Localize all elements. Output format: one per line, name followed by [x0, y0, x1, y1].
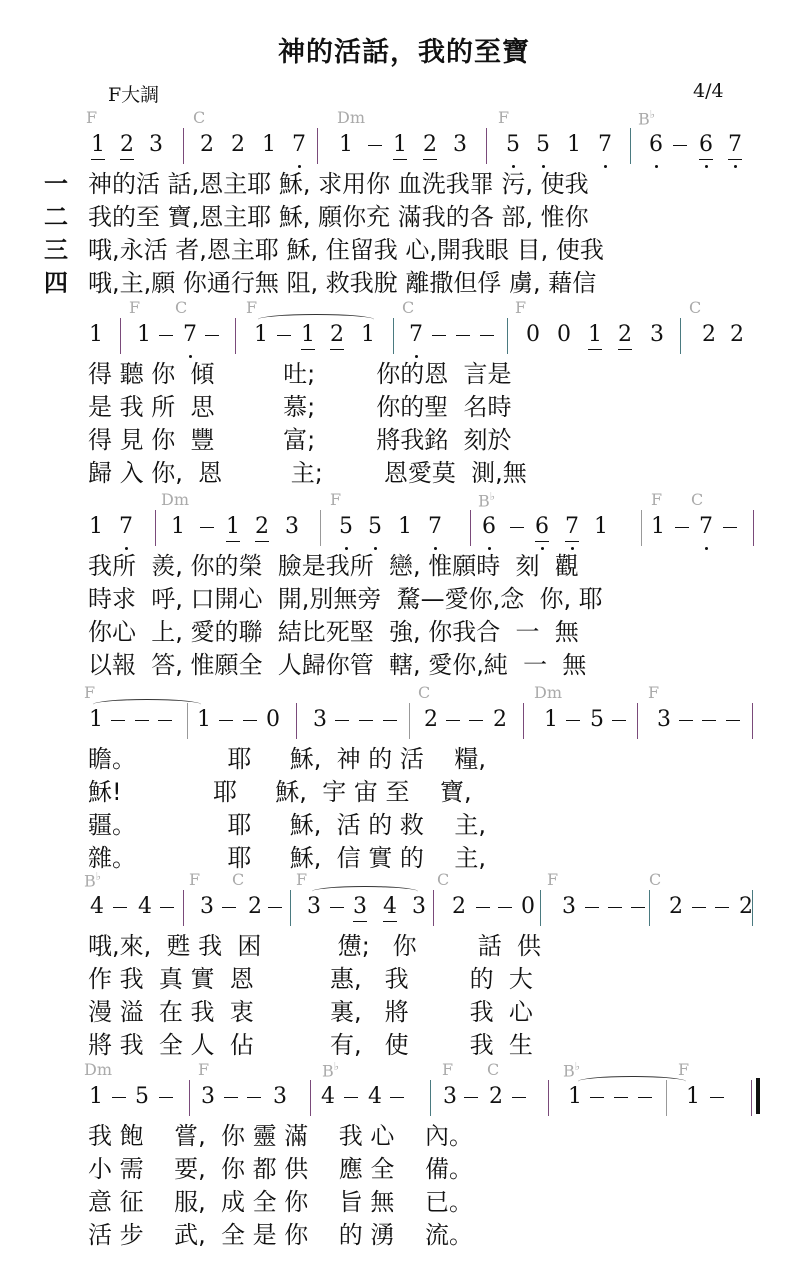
tie-slur	[93, 699, 201, 710]
hold-dash	[456, 335, 470, 336]
note: 6	[648, 132, 664, 158]
hold-dash	[383, 720, 397, 721]
note: 3	[312, 707, 328, 733]
hold-dash	[368, 145, 382, 146]
lyric-line-verse-1: 神的活 話,恩主耶 穌, 求用你 血洗我罪 污, 使我	[88, 164, 589, 199]
system-3: DmFB♭FC1711235517667117我所 羨, 你的榮 臉是我所 戀,…	[0, 490, 808, 670]
note: 1	[397, 514, 413, 540]
hold-dash	[159, 335, 173, 336]
note: 2	[247, 894, 263, 920]
hold-dash	[224, 1097, 238, 1098]
note: 1	[88, 514, 104, 540]
note: 1	[170, 514, 186, 540]
note: 3	[199, 894, 215, 920]
chord-symbol: B♭	[478, 490, 495, 510]
chord-symbol: F	[198, 1060, 209, 1079]
lyric-line-verse-2: 時求 呼, 口開心 開,別無旁 騖—愛你,念 你, 耶	[88, 579, 603, 614]
bar-line	[548, 1080, 549, 1116]
note: 5	[535, 132, 551, 158]
chord-symbol: C	[193, 108, 205, 127]
note: 1	[88, 322, 104, 348]
note: 1	[196, 707, 212, 733]
verse-number: 三	[44, 230, 68, 265]
chord-symbol: F	[498, 108, 509, 127]
chord-symbol: C	[437, 870, 449, 889]
tie-slur	[312, 886, 418, 897]
hold-dash	[277, 335, 291, 336]
hold-dash	[344, 1097, 358, 1098]
chord-symbol: F	[678, 1060, 689, 1079]
note: 3	[272, 1084, 288, 1110]
chord-symbol: F	[189, 870, 200, 889]
time-signature: 4/4	[693, 80, 724, 102]
hold-dash	[200, 527, 214, 528]
lyric-line-verse-3: 得 見 你 豐 富; 將我銘 刻於	[88, 420, 512, 455]
bar-line	[523, 703, 524, 739]
lyric-line-verse-4: 以報 答, 惟願全 人歸你管 轄, 愛你,純 一 無	[88, 645, 586, 680]
verse-number: 一	[44, 164, 68, 199]
note: 2	[668, 894, 684, 920]
chord-symbol: C	[402, 298, 414, 317]
hold-dash	[476, 907, 490, 908]
note: 0	[525, 322, 541, 348]
note: 4	[382, 894, 398, 920]
bar-line	[155, 510, 156, 546]
note: 1	[338, 132, 354, 158]
note: 1	[685, 1084, 701, 1110]
note: 1	[88, 707, 104, 733]
note: 2	[119, 132, 135, 158]
chord-symbol: Dm	[84, 1060, 112, 1079]
system-6: DmFB♭FCB♭F1533443211我 飽 嘗, 你 靈 滿 我 心 內。小…	[0, 1060, 808, 1240]
system-1: FCDmFB♭123221711235517667一神的活 話,恩主耶 穌, 求…	[0, 108, 808, 288]
bar-line	[433, 890, 434, 926]
chord-symbol: F	[84, 683, 95, 702]
chord-symbol: F	[648, 683, 659, 702]
system-2: FCFCFC117112170012322得 聽 你 傾 吐; 你的恩 言是是 …	[0, 298, 808, 478]
bar-line	[310, 1080, 311, 1116]
note: 2	[230, 132, 246, 158]
lyric-line-verse-2: 小 需 要, 你 都 供 應 全 備。	[88, 1149, 473, 1184]
lyric-line-verse-1: 得 聽 你 傾 吐; 你的恩 言是	[88, 354, 512, 389]
note: 1	[543, 707, 559, 733]
note: 4	[89, 894, 105, 920]
note: 4	[137, 894, 153, 920]
hold-dash	[510, 527, 524, 528]
lyric-line-verse-3: 哦,永活 者,恩主耶 穌, 住留我 心,開我眼 目, 使我	[88, 230, 604, 265]
lyric-line-verse-2: 穌! 耶 穌, 宇 宙 至 寶,	[88, 772, 472, 807]
lyric-line-verse-3: 疆。 耶 穌, 活 的 救 主,	[88, 805, 486, 840]
note: 7	[597, 132, 613, 158]
note: 1	[566, 132, 582, 158]
bar-line	[630, 128, 631, 164]
bar-line	[296, 703, 297, 739]
note: 6	[481, 514, 497, 540]
note: 2	[701, 322, 717, 348]
note: 2	[422, 132, 438, 158]
note: 3	[284, 514, 300, 540]
hold-dash	[359, 720, 373, 721]
hold-dash	[113, 907, 127, 908]
hold-dash	[498, 907, 512, 908]
hold-dash	[702, 720, 716, 721]
lyric-line-verse-2: 作 我 真 實 恩 惠, 我 的 大	[88, 959, 533, 994]
note: 7	[291, 132, 307, 158]
chord-symbol: B♭	[84, 870, 101, 890]
bar-line	[235, 318, 236, 354]
note: 3	[649, 322, 665, 348]
lyric-line-verse-4: 活 步 武, 全 是 你 的 湧 流。	[88, 1215, 473, 1250]
chord-symbol: F	[246, 298, 257, 317]
chord-symbol: Dm	[337, 108, 365, 127]
lyric-line-verse-3: 你心 上, 愛的聯 結比死堅 強, 你我合 一 無	[88, 612, 579, 647]
lyric-line-verse-1: 我所 羨, 你的榮 臉是我所 戀, 惟願時 刻 觀	[88, 546, 579, 581]
tie-slur	[258, 314, 374, 325]
chord-symbol: C	[418, 683, 430, 702]
lyric-line-verse-4: 哦,主,願 你通行無 阻, 救我脫 離撒但俘 虜, 藉信	[88, 263, 596, 298]
tie-slur	[578, 1076, 686, 1087]
chord-symbol: F	[547, 870, 558, 889]
hold-dash	[723, 527, 737, 528]
chord-symbol: F	[86, 108, 97, 127]
note: 1	[392, 132, 408, 158]
hold-dash	[631, 907, 645, 908]
note: 2	[199, 132, 215, 158]
chord-symbol: F	[651, 490, 662, 509]
note: 3	[411, 894, 427, 920]
song-title: 神的活話，我的至寶	[0, 30, 808, 69]
chord-symbol: C	[649, 870, 661, 889]
hold-dash	[608, 907, 622, 908]
note: 3	[306, 894, 322, 920]
note: 7	[698, 514, 714, 540]
hold-dash	[160, 907, 174, 908]
bar-line	[409, 703, 410, 739]
hold-dash	[710, 1097, 724, 1098]
bar-line	[470, 510, 471, 546]
verse-number: 四	[44, 263, 68, 298]
hold-dash	[673, 145, 687, 146]
note: 5	[505, 132, 521, 158]
chord-symbol: C	[691, 490, 703, 509]
lyric-line-verse-3: 意 征 服, 成 全 你 旨 無 已。	[88, 1182, 473, 1217]
note: 1	[136, 322, 152, 348]
bar-line	[753, 510, 754, 546]
note: 2	[492, 707, 508, 733]
note: 7	[408, 322, 424, 348]
note: 7	[727, 132, 743, 158]
note: 0	[520, 894, 536, 920]
hold-dash	[222, 907, 236, 908]
note: 2	[423, 707, 439, 733]
lyric-line-verse-1: 我 飽 嘗, 你 靈 滿 我 心 內。	[88, 1116, 473, 1151]
note: 6	[698, 132, 714, 158]
lyric-line-verse-1: 哦,來, 甦 我 困 憊; 你 話 供	[88, 926, 541, 961]
chord-symbol: B♭	[563, 1060, 580, 1080]
note: 2	[729, 322, 745, 348]
hold-dash	[512, 1097, 526, 1098]
note: 1	[225, 514, 241, 540]
note: 2	[451, 894, 467, 920]
hold-dash	[219, 720, 233, 721]
note: 3	[656, 707, 672, 733]
note: 1	[650, 514, 666, 540]
bar-line	[183, 128, 184, 164]
note: 1	[567, 1084, 583, 1110]
bar-line	[751, 1080, 752, 1116]
note: 3	[452, 132, 468, 158]
system-4: FCDmF110322153瞻。 耶 穌, 神 的 活 糧,穌! 耶 穌, 宇 …	[0, 683, 808, 863]
note: 2	[329, 322, 345, 348]
note: 1	[587, 322, 603, 348]
bar-line	[637, 703, 638, 739]
bar-line	[320, 510, 321, 546]
chord-symbol: F	[129, 298, 140, 317]
note: 3	[352, 894, 368, 920]
lyric-line-verse-3: 漫 溢 在 我 衷 裏, 將 我 心	[88, 992, 533, 1027]
note: 7	[427, 514, 443, 540]
note: 1	[261, 132, 277, 158]
note: 1	[88, 1084, 104, 1110]
bar-line	[430, 1080, 431, 1116]
hold-dash	[111, 720, 125, 721]
hold-dash	[675, 527, 689, 528]
lyric-line-verse-4: 歸 入 你, 恩 主; 恩愛莫 測,無	[88, 453, 527, 488]
final-double-bar	[756, 1078, 760, 1114]
hold-dash	[112, 1097, 126, 1098]
hold-dash	[590, 1097, 604, 1098]
hold-dash	[205, 335, 219, 336]
verse-number: 二	[44, 197, 68, 232]
note: 2	[254, 514, 270, 540]
bar-line	[290, 890, 291, 926]
hold-dash	[469, 720, 483, 721]
note: 4	[320, 1084, 336, 1110]
note: 1	[253, 322, 269, 348]
bar-line	[540, 890, 541, 926]
note: 0	[265, 707, 281, 733]
note: 5	[589, 707, 605, 733]
note: 3	[148, 132, 164, 158]
hold-dash	[612, 720, 626, 721]
bar-line	[649, 890, 650, 926]
note: 3	[442, 1084, 458, 1110]
bar-line	[183, 890, 184, 926]
hold-dash	[159, 1097, 173, 1098]
chord-symbol: B♭	[322, 1060, 339, 1080]
hold-dash	[638, 1097, 652, 1098]
hold-dash	[692, 907, 706, 908]
chord-symbol: C	[689, 298, 701, 317]
note: 2	[617, 322, 633, 348]
bar-line	[641, 510, 642, 546]
hold-dash	[679, 720, 693, 721]
chord-symbol: F	[296, 870, 307, 889]
hold-dash	[330, 907, 344, 908]
bar-line	[752, 703, 753, 739]
note: 7	[564, 514, 580, 540]
note: 5	[338, 514, 354, 540]
hold-dash	[566, 720, 580, 721]
bar-line	[393, 318, 394, 354]
lyric-line-verse-4: 雜。 耶 穌, 信 實 的 主,	[88, 838, 486, 873]
hold-dash	[585, 907, 599, 908]
hold-dash	[432, 335, 446, 336]
hold-dash	[335, 720, 349, 721]
hold-dash	[247, 1097, 261, 1098]
note: 7	[182, 322, 198, 348]
lyric-line-verse-4: 將 我 全 人 佔 有, 使 我 生	[88, 1025, 533, 1060]
chord-symbol: C	[232, 870, 244, 889]
lyric-line-verse-1: 瞻。 耶 穌, 神 的 活 糧,	[88, 739, 486, 774]
hold-dash	[268, 907, 282, 908]
hold-dash	[243, 720, 257, 721]
bar-line	[317, 128, 318, 164]
bar-line	[507, 318, 508, 354]
hold-dash	[726, 720, 740, 721]
note: 5	[134, 1084, 150, 1110]
chord-symbol: Dm	[161, 490, 189, 509]
chord-symbol: C	[175, 298, 187, 317]
hold-dash	[135, 720, 149, 721]
bar-line	[189, 1080, 190, 1116]
hold-dash	[614, 1097, 628, 1098]
note: 3	[561, 894, 577, 920]
lyric-line-verse-2: 是 我 所 思 慕; 你的聖 名時	[88, 387, 512, 422]
key-signature: F大調	[108, 80, 159, 107]
note: 6	[534, 514, 550, 540]
note: 1	[300, 322, 316, 348]
hold-dash	[480, 335, 494, 336]
chord-symbol: F	[515, 298, 526, 317]
hold-dash	[464, 1097, 478, 1098]
hold-dash	[390, 1097, 404, 1098]
note: 7	[118, 514, 134, 540]
bar-line	[486, 128, 487, 164]
note: 3	[200, 1084, 216, 1110]
note: 0	[556, 322, 572, 348]
bar-line	[120, 318, 121, 354]
note: 1	[360, 322, 376, 348]
hold-dash	[446, 720, 460, 721]
bar-line	[680, 318, 681, 354]
hold-dash	[715, 907, 729, 908]
note: 5	[367, 514, 383, 540]
note: 2	[488, 1084, 504, 1110]
note: 1	[593, 514, 609, 540]
chord-symbol: F	[330, 490, 341, 509]
chord-symbol: Dm	[534, 683, 562, 702]
chord-symbol: F	[442, 1060, 453, 1079]
lyric-line-verse-2: 我的至 寶,恩主耶 穌, 願你充 滿我的各 部, 惟你	[88, 197, 589, 232]
bar-line	[752, 890, 753, 926]
hold-dash	[158, 720, 172, 721]
system-5: B♭FCFCFC4432334320322哦,來, 甦 我 困 憊; 你 話 供…	[0, 870, 808, 1050]
chord-symbol: B♭	[638, 108, 655, 128]
chord-symbol: C	[487, 1060, 499, 1079]
note: 1	[90, 132, 106, 158]
note: 4	[367, 1084, 383, 1110]
